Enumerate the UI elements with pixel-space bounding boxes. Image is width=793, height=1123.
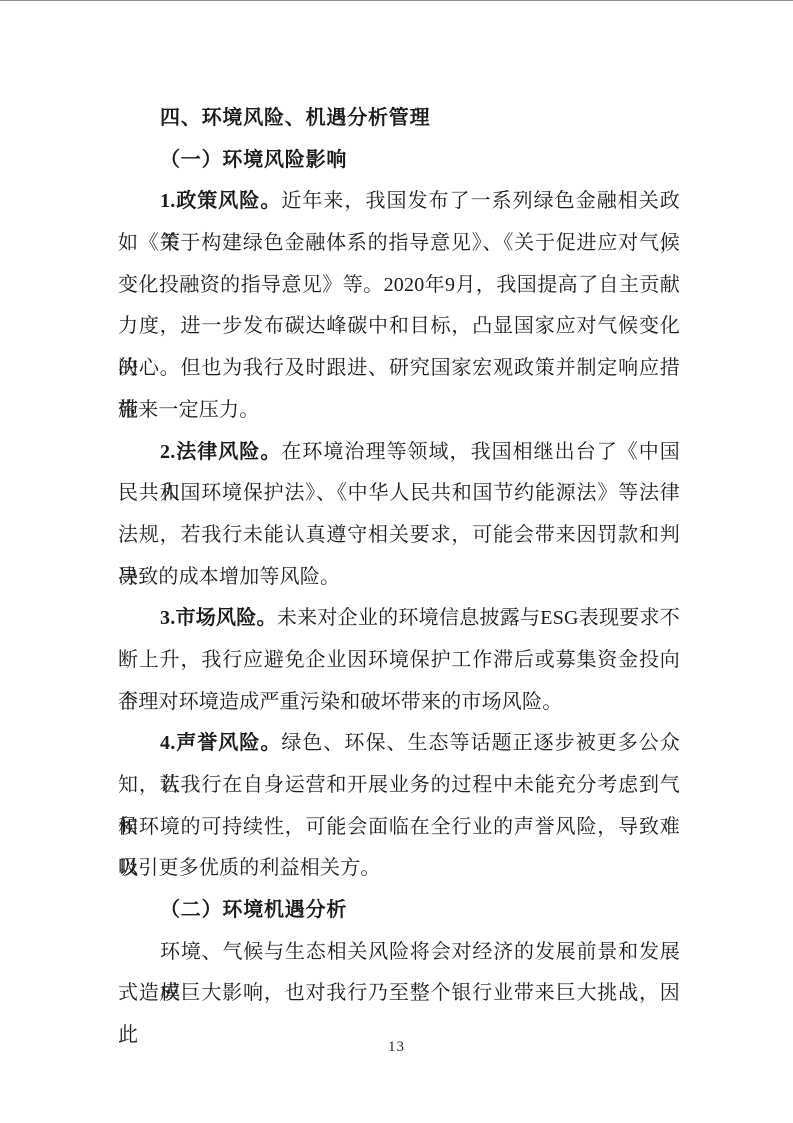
subsection-heading-risk-impact: （一）环境风险影响 bbox=[118, 140, 680, 182]
paragraph-label-policy-risk: 1.政策风险。 bbox=[160, 190, 281, 212]
body-text-line: 知，若我行在自身运营和开展业务的过程中未能充分考虑到气候 bbox=[118, 765, 680, 807]
body-text-line: 法规，若我行未能认真遵守相关要求，可能会带来因罚款和判决 bbox=[118, 515, 680, 557]
body-text-line: 如《关于构建绿色金融体系的指导意见》、《关于促进应对气候 bbox=[118, 223, 680, 265]
subsection-heading-opportunity-analysis: （二）环境机遇分析 bbox=[118, 890, 680, 932]
body-text-line: 民共和国环境保护法》、《中华人民共和国节约能源法》等法律 bbox=[118, 473, 680, 515]
body-text-line: 合理对环境造成严重污染和破坏带来的市场风险。 bbox=[118, 682, 680, 724]
document-page: 四、环境风险、机遇分析管理 （一）环境风险影响 1.政策风险。近年来，我国发布了… bbox=[0, 0, 793, 1123]
body-text-line: 力度，进一步发布碳达峰碳中和目标，凸显国家应对气候变化的 bbox=[118, 306, 680, 348]
paragraph-label-reputation-risk: 4.声誉风险。 bbox=[160, 732, 281, 754]
body-text-line: 2.法律风险。在环境治理等领域，我国相继出台了《中国人 bbox=[118, 432, 680, 474]
paragraph-label-legal-risk: 2.法律风险。 bbox=[160, 441, 281, 463]
body-text-line: 带来一定压力。 bbox=[118, 390, 680, 432]
body-text-line: 和环境的可持续性，可能会面临在全行业的声誉风险，导致难以 bbox=[118, 807, 680, 849]
page-content: 四、环境风险、机遇分析管理 （一）环境风险影响 1.政策风险。近年来，我国发布了… bbox=[118, 98, 680, 1015]
body-text-line: 吸引更多优质的利益相关方。 bbox=[118, 848, 680, 890]
body-text: 未来对企业的环境信息披露与ESG表现要求不 bbox=[277, 607, 680, 629]
paragraph-label-market-risk: 3.市场风险。 bbox=[160, 607, 277, 629]
body-text-line: 导致的成本增加等风险。 bbox=[118, 557, 680, 599]
body-text-line: 决心。但也为我行及时跟进、研究国家宏观政策并制定响应措施 bbox=[118, 348, 680, 390]
body-text-line: 断上升，我行应避免企业因环境保护工作滞后或募集资金投向不 bbox=[118, 640, 680, 682]
body-text-line: 4.声誉风险。绿色、环保、生态等话题正逐步被更多公众认 bbox=[118, 723, 680, 765]
section-heading: 四、环境风险、机遇分析管理 bbox=[118, 98, 680, 140]
body-text-line: 式造成巨大影响，也对我行乃至整个银行业带来巨大挑战，因此 bbox=[118, 973, 680, 1015]
body-text-line: 1.政策风险。近年来，我国发布了一系列绿色金融相关政策， bbox=[118, 181, 680, 223]
body-text-line: 3.市场风险。未来对企业的环境信息披露与ESG表现要求不 bbox=[118, 598, 680, 640]
body-text-line: 变化投融资的指导意见》等。2020年9月，我国提高了自主贡献 bbox=[118, 265, 680, 307]
body-text-line: 环境、气候与生态相关风险将会对经济的发展前景和发展模 bbox=[118, 932, 680, 974]
page-number: 13 bbox=[0, 1037, 793, 1057]
